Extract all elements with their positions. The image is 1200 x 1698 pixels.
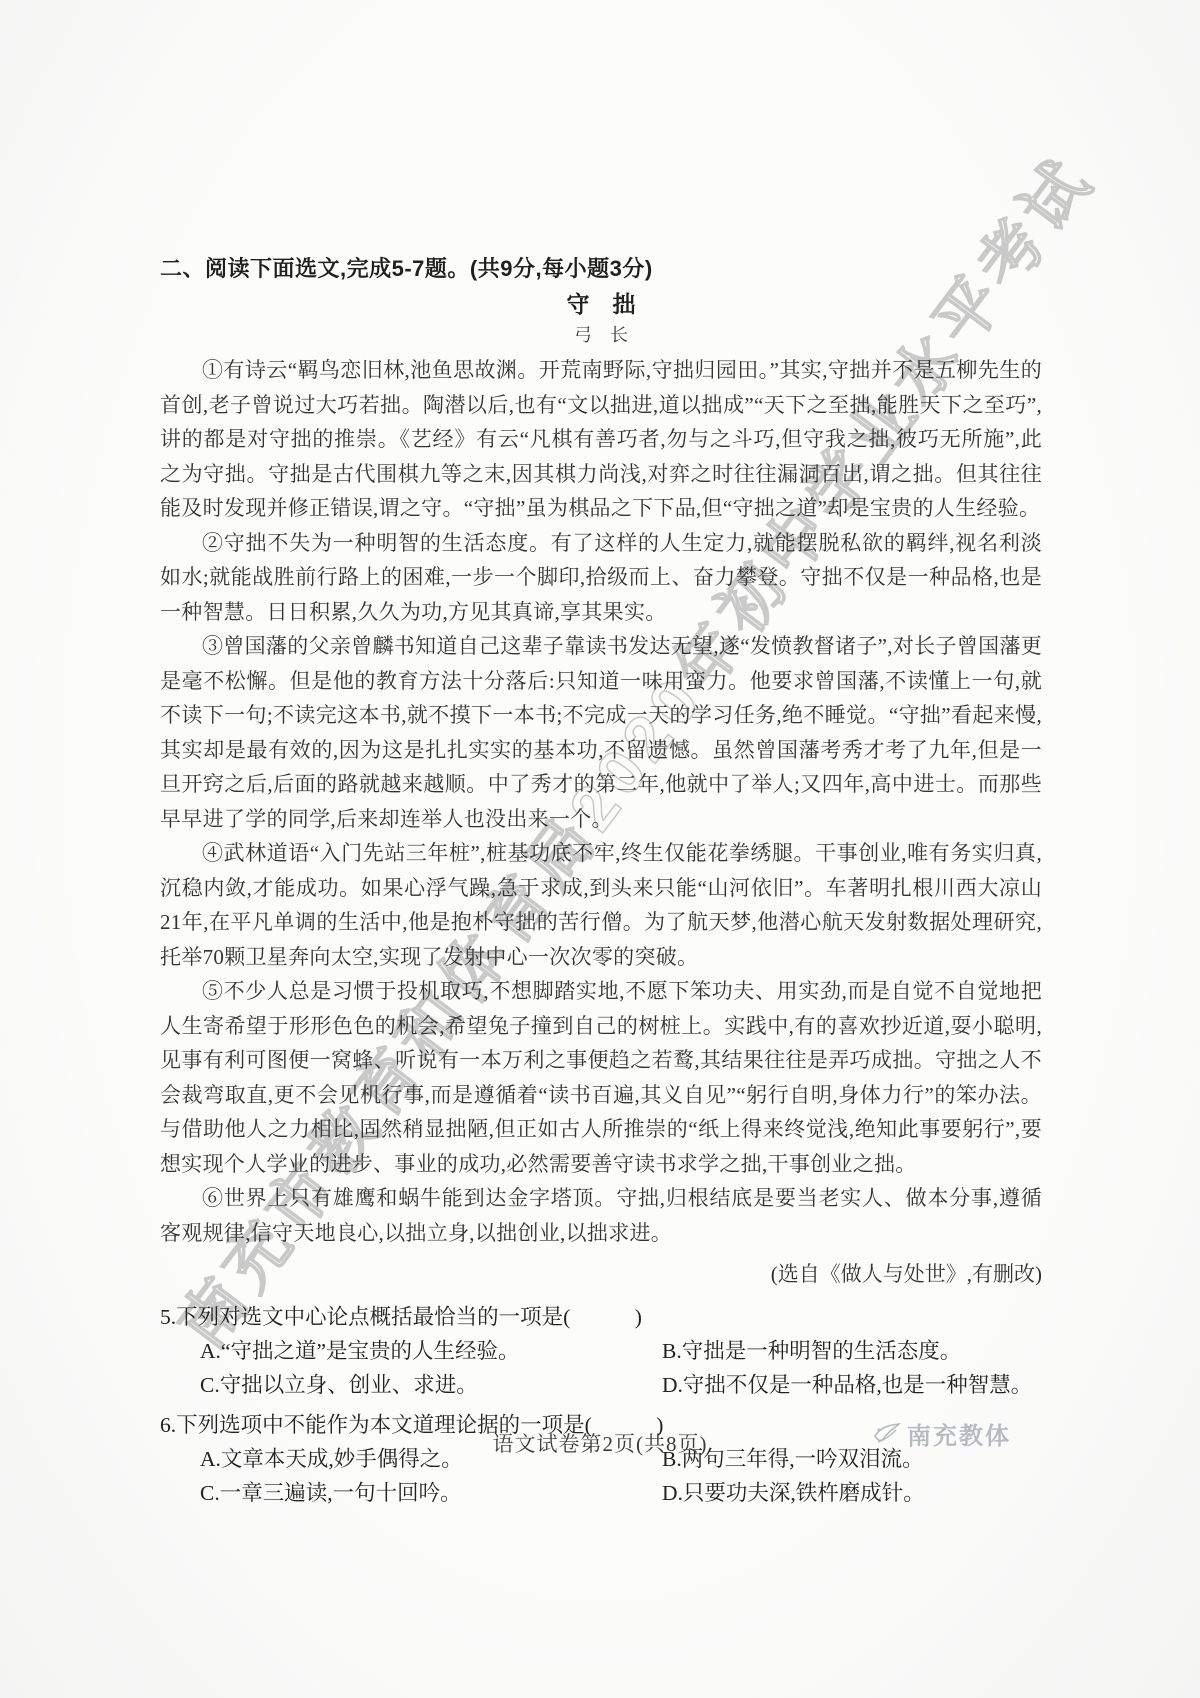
essay-paragraph-2: ②守拙不失为一种明智的生活态度。有了这样的人生定力,就能摆脱私欲的羁绊,视名利淡… bbox=[160, 526, 1042, 630]
question-5-option-a: A.“守拙之道”是宝贵的人生经验。 bbox=[200, 1334, 662, 1368]
question-5-option-d: D.守拙不仅是一种品格,也是一种智慧。 bbox=[662, 1368, 1042, 1402]
essay-title: 守 拙 bbox=[160, 287, 1042, 321]
essay-author: 弓 长 bbox=[160, 321, 1042, 349]
question-5-stem: 5.下列对选文中心论点概括最恰当的一项是( ) bbox=[160, 1300, 1042, 1334]
essay-body: ①有诗云“羁鸟恋旧林,池鱼思故渊。开荒南野际,守拙归园田。”其实,守拙并不是五柳… bbox=[160, 353, 1042, 1250]
question-6-option-c: C.一章三遍读,一句十回吟。 bbox=[200, 1476, 662, 1510]
exam-page-content: 二、阅读下面选文,完成5-7题。(共9分,每小题3分) 守 拙 弓 长 ①有诗云… bbox=[160, 252, 1042, 1510]
essay-paragraph-4: ④武林道语“入门先站三年桩”,桩基功底不牢,终生仅能花拳绣腿。干事创业,唯有务实… bbox=[160, 836, 1042, 974]
brand-logo-text: 南充教体 bbox=[907, 1416, 1011, 1451]
question-5-options: A.“守拙之道”是宝贵的人生经验。 B.守拙是一种明智的生活态度。 C.守拙以立… bbox=[160, 1334, 1042, 1402]
essay-paragraph-5: ⑤不少人总是习惯于投机取巧,不想脚踏实地,不愿下笨功夫、用实劲,而是自觉不自觉地… bbox=[160, 974, 1042, 1181]
question-6-option-d: D.只要功夫深,铁杵磨成针。 bbox=[662, 1476, 1042, 1510]
question-5-option-b: B.守拙是一种明智的生活态度。 bbox=[662, 1334, 1042, 1368]
essay-paragraph-6: ⑥世界上只有雄鹰和蜗牛能到达金字塔顶。守拙,归根结底是要当老实人、做本分事,遵循… bbox=[160, 1181, 1042, 1250]
nanchong-jiaoti-logo: 南充教体 bbox=[872, 1416, 1011, 1451]
essay-paragraph-1: ①有诗云“羁鸟恋旧林,池鱼思故渊。开荒南野际,守拙归园田。”其实,守拙并不是五柳… bbox=[160, 353, 1042, 526]
bird-logo-icon bbox=[872, 1420, 902, 1448]
essay-source: (选自《做人与处世》,有删改) bbox=[160, 1254, 1042, 1294]
page-number-footer: 语文试卷第2页(共8页) bbox=[0, 1428, 1200, 1458]
essay-paragraph-3: ③曾国藩的父亲曾麟书知道自己这辈子靠读书发达无望,遂“发愤教督诸子”,对长子曾国… bbox=[160, 629, 1042, 836]
question-5-option-c: C.守拙以立身、创业、求进。 bbox=[200, 1368, 662, 1402]
section-header: 二、阅读下面选文,完成5-7题。(共9分,每小题3分) bbox=[160, 252, 1042, 283]
question-5: 5.下列对选文中心论点概括最恰当的一项是( ) A.“守拙之道”是宝贵的人生经验… bbox=[160, 1300, 1042, 1402]
